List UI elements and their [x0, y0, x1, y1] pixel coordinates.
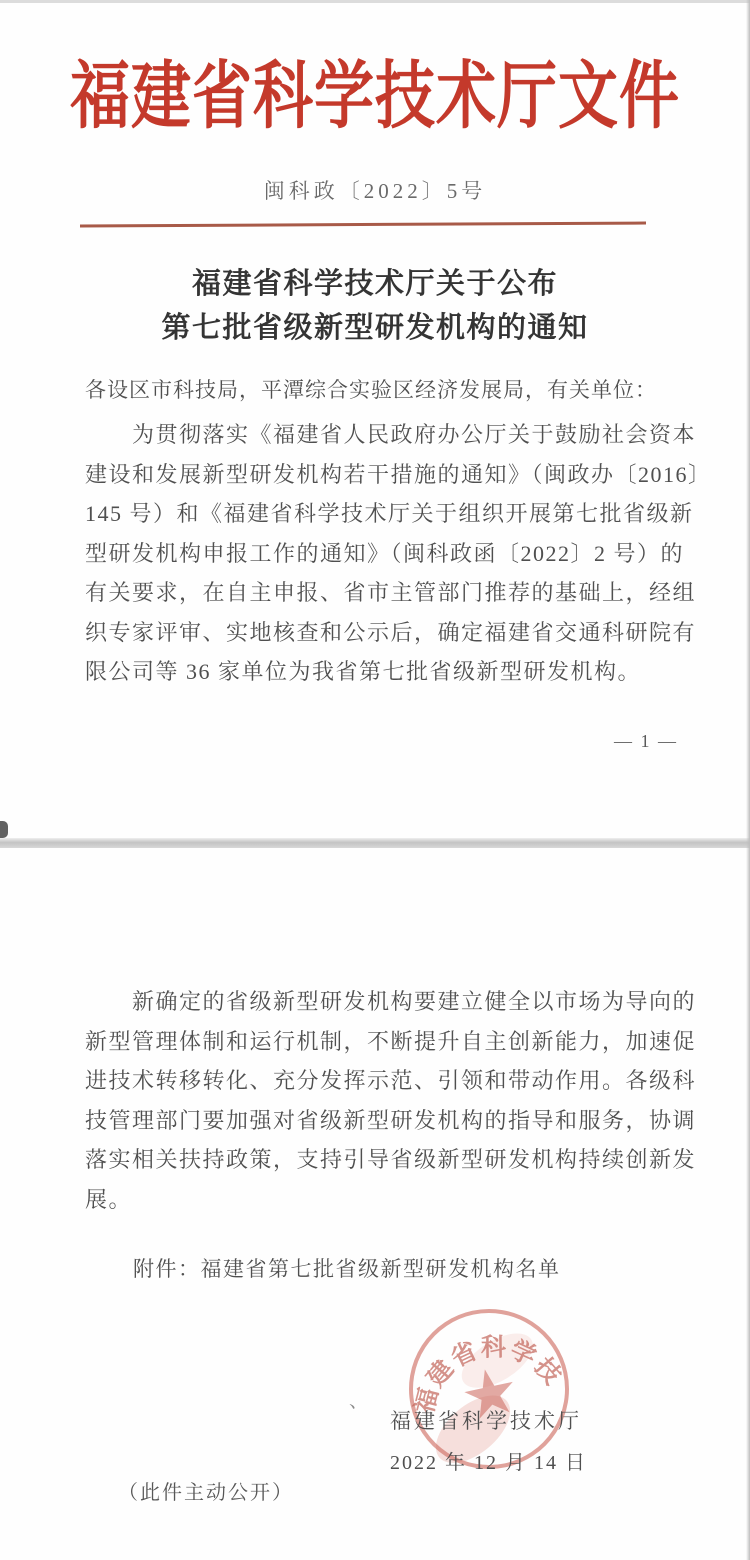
body-paragraph-2: 新确定的省级新型研发机构要建立健全以市场为导向的 新型管理体制和运行机制，不断提… — [85, 985, 685, 1222]
red-divider-rule — [80, 222, 646, 228]
paragraph-line: 为贯彻落实《福建省人民政府办公厅关于鼓励社会资本 — [85, 418, 685, 458]
agency-header: 福建省科学技术厅文件 — [0, 38, 750, 143]
paragraph-line: 有关要求，在自主申报、省市主管部门推荐的基础上，经组 — [85, 576, 685, 616]
document-title-line2: 第七批省级新型研发机构的通知 — [0, 306, 750, 350]
attachment-note: 附件：福建省第七批省级新型研发机构名单 — [133, 1253, 653, 1283]
paragraph-line: 新型管理体制和运行机制，不断提升自主创新能力，加速促 — [85, 1025, 685, 1065]
page-edge-top — [0, 0, 750, 3]
paragraph-line: 建设和发展新型研发机构若干措施的通知》（闽政办〔2016〕 — [85, 458, 685, 498]
document-page-2: 新确定的省级新型研发机构要建立健全以市场为导向的 新型管理体制和运行机制，不断提… — [0, 848, 750, 1560]
scan-artifact — [0, 821, 8, 838]
sign-date: 2022 年 12 月 14 日 — [390, 1446, 690, 1475]
paragraph-line: 落实相关扶持政策，支持引导省级新型研发机构持续创新发 — [85, 1143, 685, 1183]
paragraph-line: 展。 — [85, 1183, 685, 1223]
paragraph-line: 限公司等 36 家单位为我省第七批省级新型研发机构。 — [85, 655, 685, 695]
publicity-note: （此件主动公开） — [118, 1476, 418, 1505]
page-number: — 1 — — [0, 731, 678, 752]
signer-name: 福建省科学技术厅 — [390, 1405, 690, 1435]
body-paragraph-1: 为贯彻落实《福建省人民政府办公厅关于鼓励社会资本 建设和发展新型研发机构若干措施… — [85, 418, 685, 695]
paragraph-line: 型研发机构申报工作的通知》（闽科政函〔2022〕2 号）的 — [85, 537, 685, 577]
stray-mark: 、 — [349, 1386, 368, 1413]
paragraph-line: 进技术转移转化、充分发挥示范、引领和带动作用。各级科 — [85, 1064, 685, 1104]
paragraph-line: 技管理部门要加强对省级新型研发机构的指导和服务，协调 — [85, 1104, 685, 1144]
paragraph-line: 新确定的省级新型研发机构要建立健全以市场为导向的 — [85, 985, 685, 1025]
page-divider — [0, 838, 750, 848]
document-title-line1: 福建省科学技术厅关于公布 — [0, 262, 750, 306]
document-title: 福建省科学技术厅关于公布 第七批省级新型研发机构的通知 — [0, 262, 750, 350]
doc-number: 闽科政〔2022〕5号 — [0, 175, 750, 205]
page-edge-shadow — [746, 0, 750, 1560]
document-page-1: 福建省科学技术厅文件 闽科政〔2022〕5号 福建省科学技术厅关于公布 第七批省… — [0, 0, 750, 840]
paragraph-line: 145 号）和《福建省科学技术厅关于组织开展第七批省级新 — [85, 497, 685, 537]
paragraph-line: 织专家评审、实地核查和公示后，确定福建省交通科研院有 — [85, 616, 685, 656]
salutation: 各设区市科技局，平潭综合实验区经济发展局，有关单位： — [85, 374, 685, 404]
